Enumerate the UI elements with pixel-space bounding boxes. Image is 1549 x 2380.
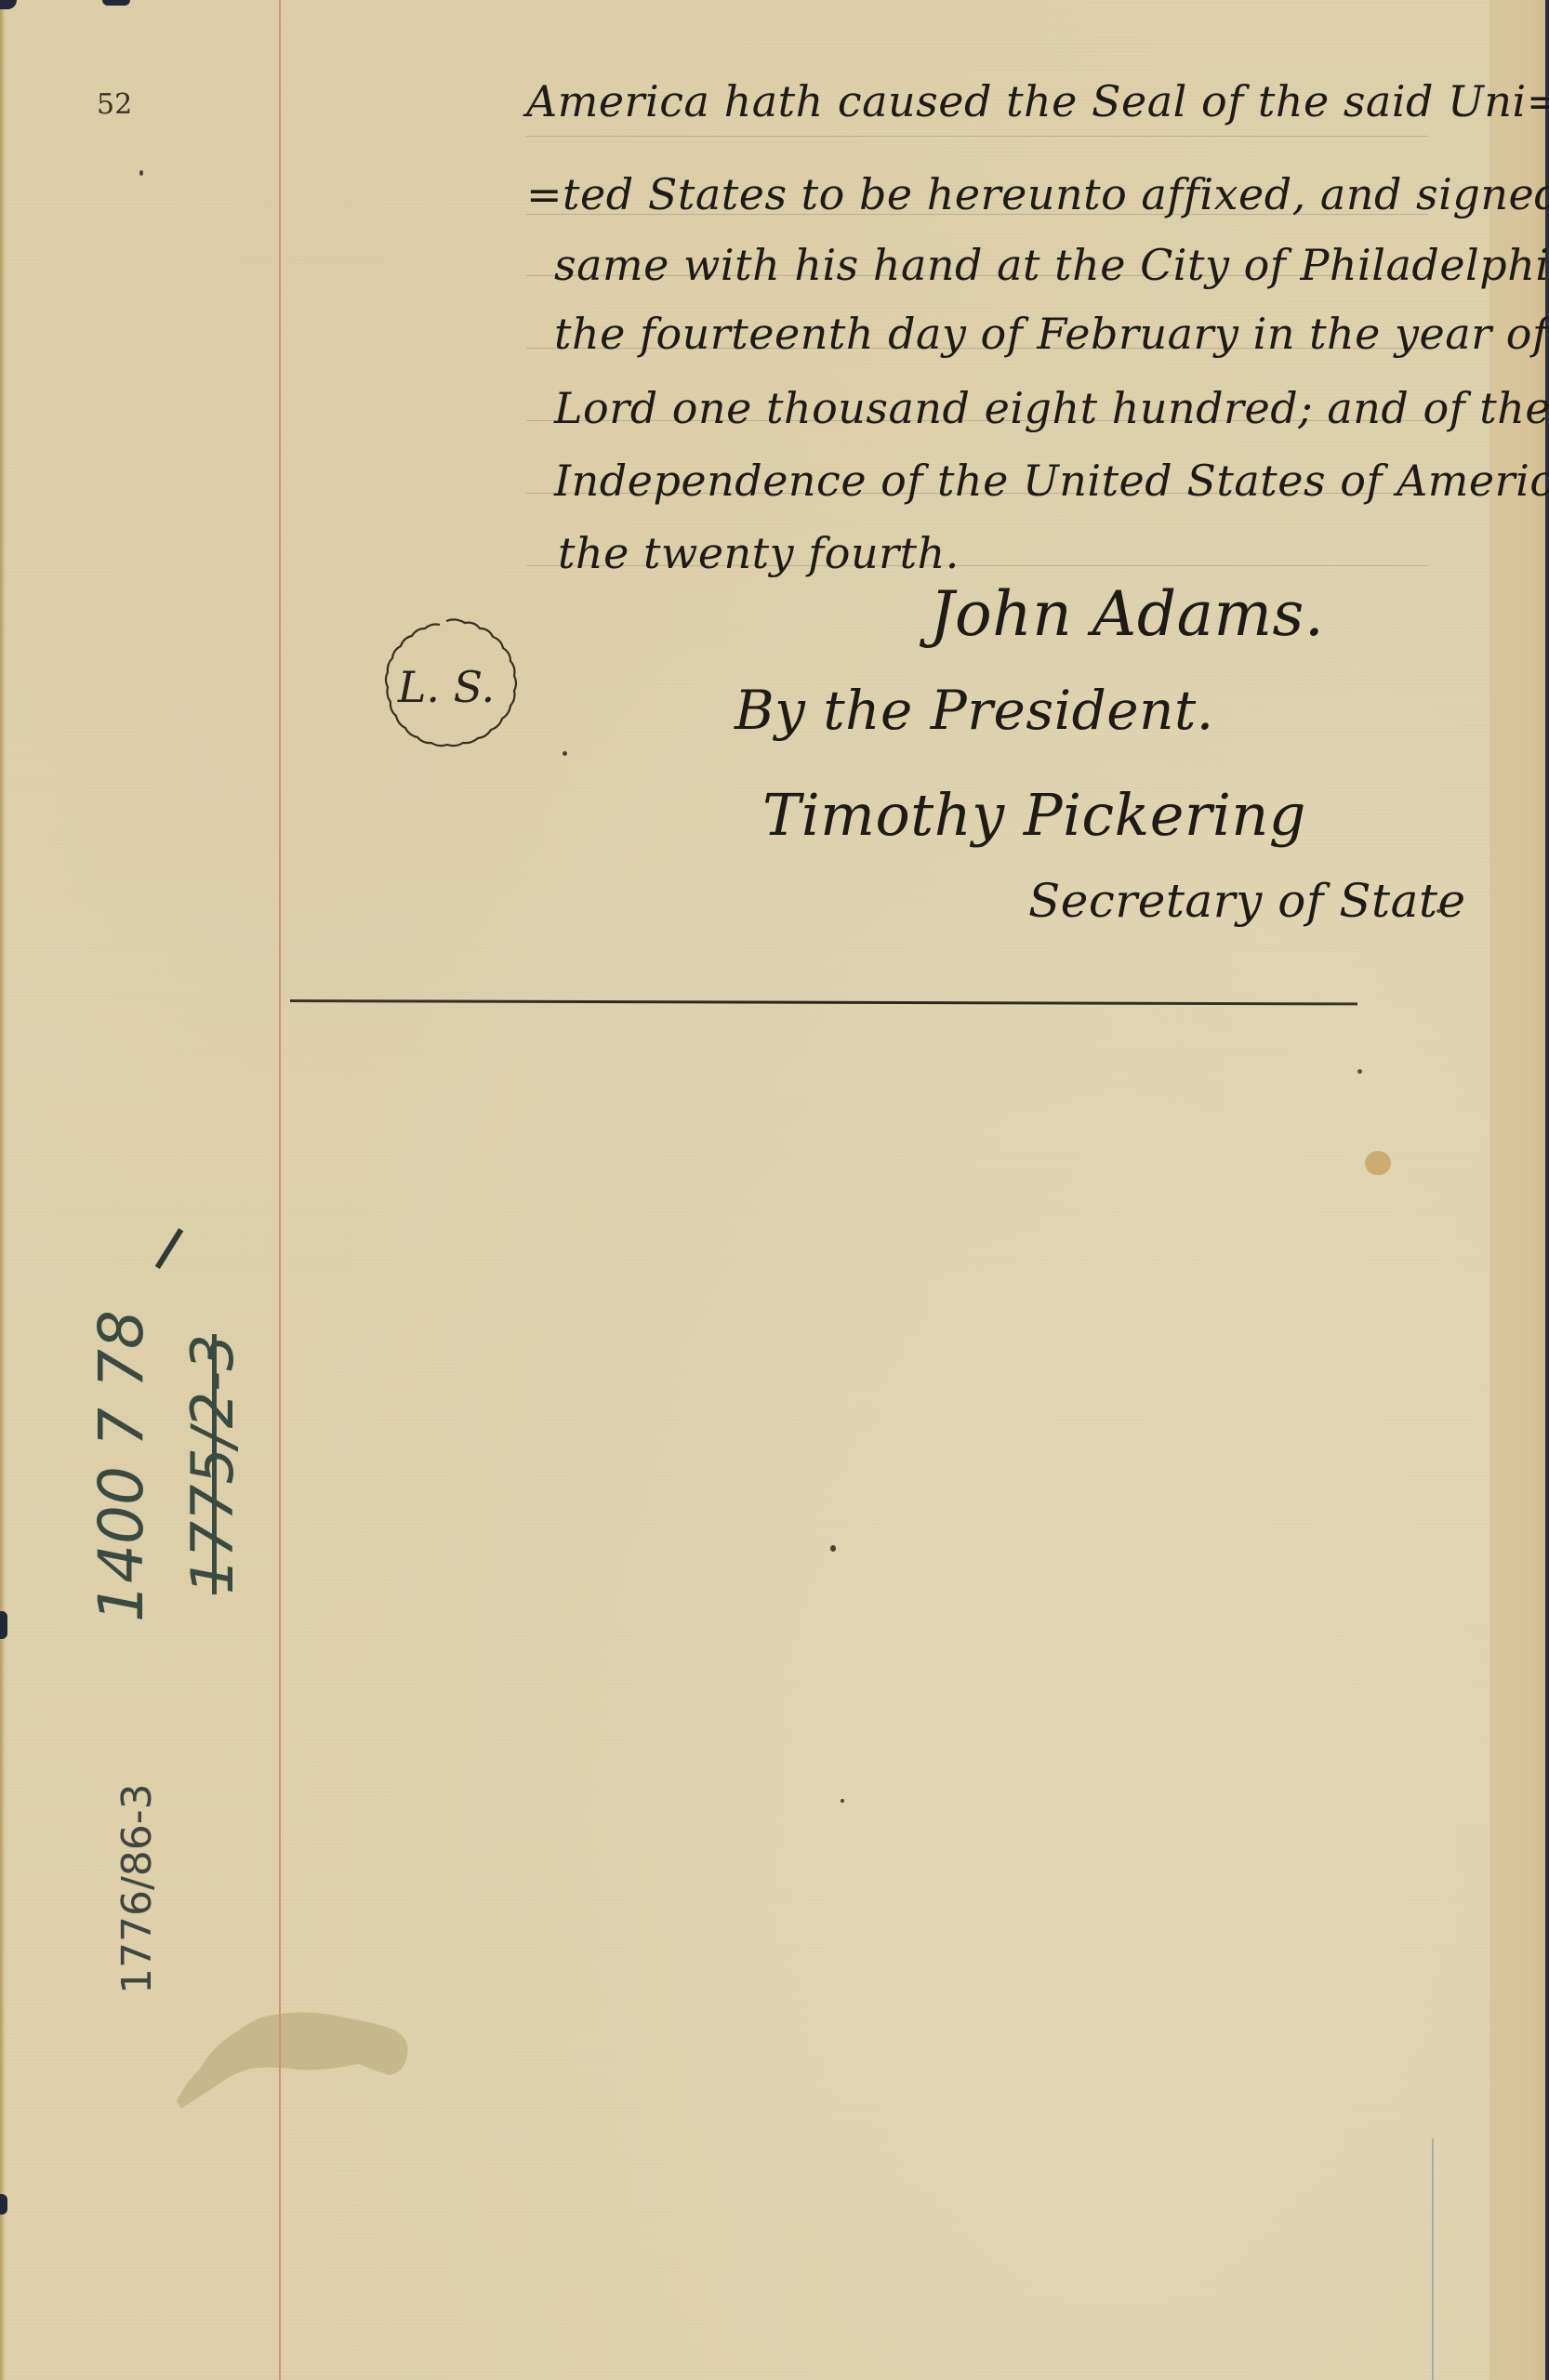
foxing-spot [1365,1151,1391,1175]
body-text-line: the twenty fourth. [558,528,960,578]
attestation-by-line: By the President. [735,679,1214,742]
pencil-mark-line [1432,2138,1434,2380]
seal-label: L. S. [353,662,539,712]
horizontal-divider-rule [290,999,1357,1005]
pencil-annotation: 1400 7 78 [86,1310,157,1622]
body-text-line: America hath caused the Seal of the said… [526,76,1549,126]
ruled-guide [526,136,1428,137]
body-text-line: same with his hand at the City of Philad… [554,240,1549,290]
binding-mark [0,1611,7,1639]
ink-speck [1357,1069,1362,1074]
ink-speck [1436,909,1441,913]
manuscript-page: 52 America hath caused the Seal of the s… [0,0,1549,2380]
signer-title: Secretary of State [1028,874,1466,928]
ink-speck [841,1799,844,1803]
ink-speck [830,1545,836,1552]
seal-locus-sigilli: L. S. [353,614,539,781]
page-number: 52 [97,88,132,121]
scan-corner-mark [0,0,17,9]
signature-john-adams: John Adams. [930,578,1324,650]
binding-mark [0,2194,7,2215]
body-text-line: =ted States to be hereunto affixed, and … [526,169,1549,219]
ink-speck [139,170,143,176]
scan-top-mark [102,0,130,6]
water-stain [167,1980,418,2110]
signature-timothy-pickering: Timothy Pickering [762,781,1306,849]
pencil-dash-mark [155,1228,184,1269]
page-left-edge [0,0,6,2380]
ink-speck [563,751,567,756]
body-text-line: Independence of the United States of Ame… [554,456,1549,506]
body-text-line: Lord one thousand eight hundred; and of … [554,383,1549,433]
archival-number: 1776/86-3 [113,1783,161,1994]
pencil-annotation-struck: 1775/2-3 [179,1334,246,1594]
body-text-line: the fourteenth day of February in the ye… [554,309,1549,359]
